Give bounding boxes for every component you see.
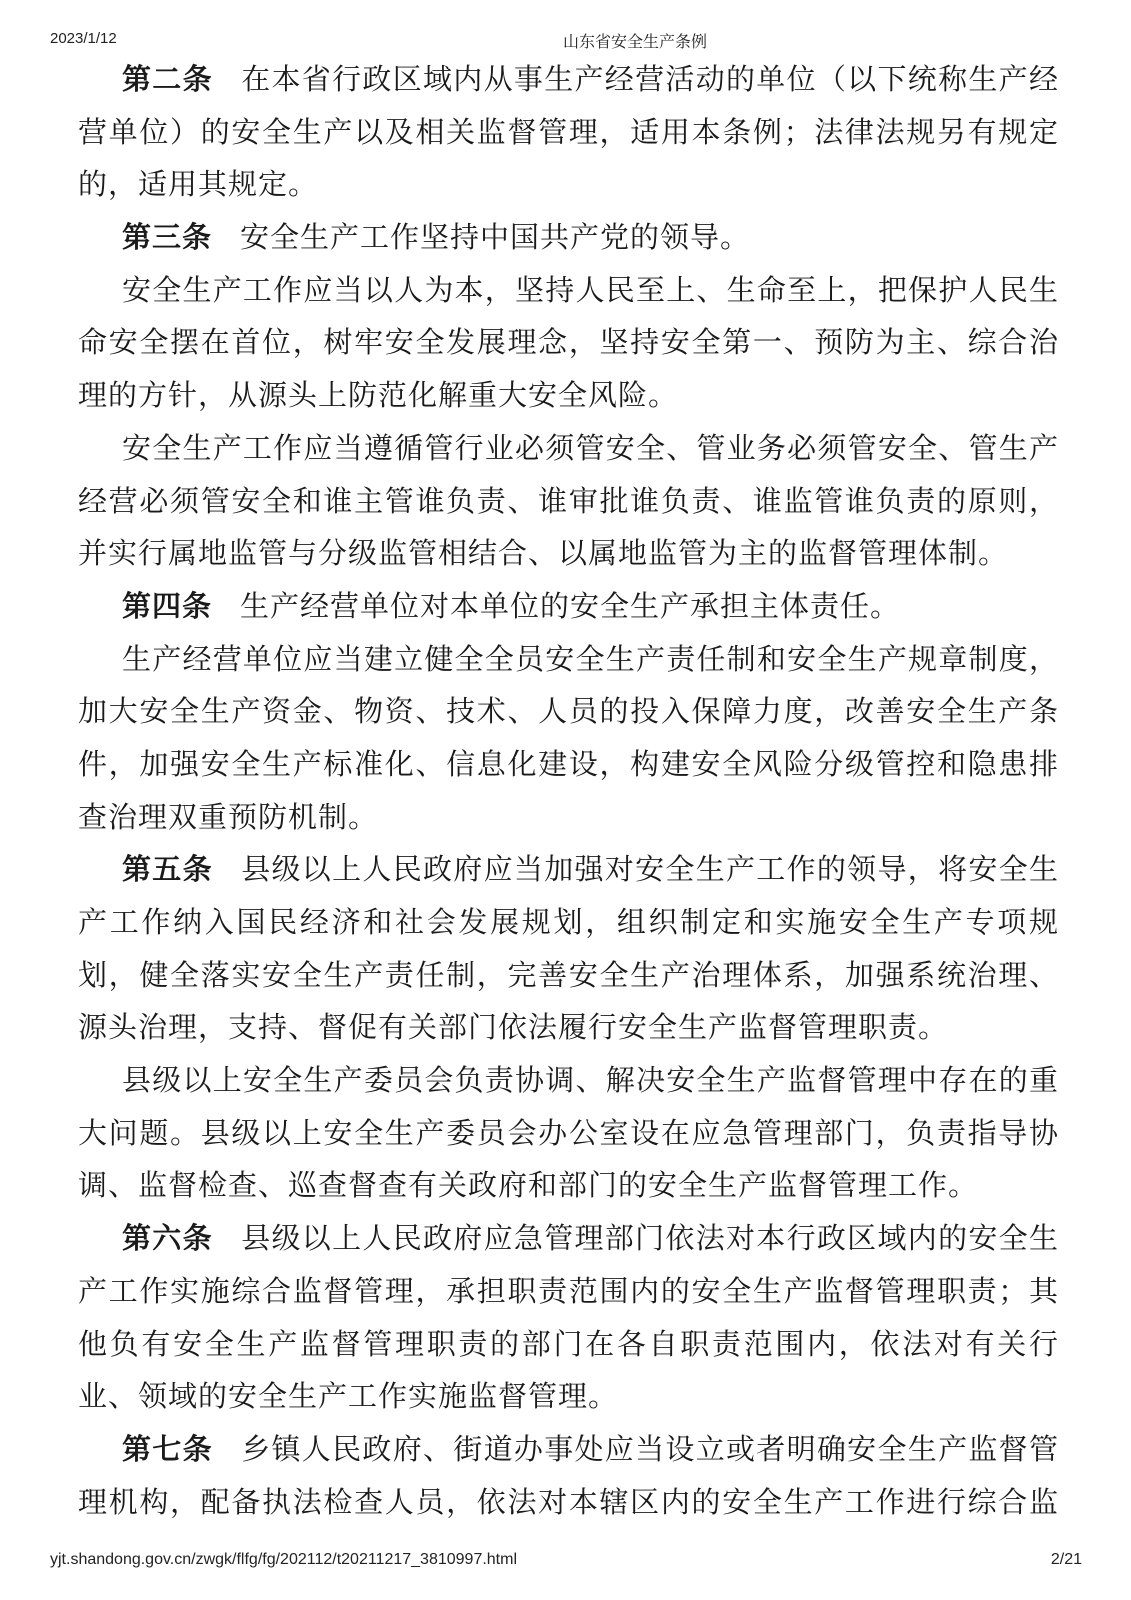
- paragraph-line: 第五条县级以上人民政府应当加强对安全生产工作的领导，将安全生: [78, 844, 1059, 897]
- paragraph-line: 产工作纳入国民经济和社会发展规划，组织制定和实施安全生产专项规: [78, 897, 1059, 950]
- paragraph-line: 查治理双重预防机制。: [78, 792, 1059, 845]
- line-text: 大问题。县级以上安全生产委员会办公室设在应急管理部门，负责指导协: [78, 1118, 1059, 1150]
- paragraph-line: 加大安全生产资金、物资、技术、人员的投入保障力度，改善安全生产条: [78, 686, 1059, 739]
- line-text: 查治理双重预防机制。: [78, 802, 378, 834]
- paragraph: 县级以上安全生产委员会负责协调、解决安全生产监督管理中存在的重大问题。县级以上安…: [78, 1055, 1059, 1213]
- line-text: 并实行属地监管与分级监管相结合、以属地监管为主的监督管理体制。: [78, 538, 1008, 570]
- paragraph-line: 第七条乡镇人民政府、街道办事处应当设立或者明确安全生产监督管: [78, 1424, 1059, 1477]
- paragraph-line: 安全生产工作应当遵循管行业必须管安全、管业务必须管安全、管生产: [78, 423, 1059, 476]
- paragraph-line: 划，健全落实安全生产责任制，完善安全生产治理体系，加强系统治理、: [78, 950, 1059, 1003]
- line-text: 在本省行政区域内从事生产经营活动的单位（以下统称生产经: [241, 64, 1059, 96]
- line-text: 县级以上人民政府应当加强对安全生产工作的领导，将安全生: [241, 854, 1059, 886]
- paragraph: 第六条县级以上人民政府应急管理部门依法对本行政区域内的安全生产工作实施综合监督管…: [78, 1213, 1059, 1424]
- line-text: 县级以上安全生产委员会负责协调、解决安全生产监督管理中存在的重: [122, 1065, 1059, 1097]
- paragraph-line: 理机构，配备执法检查人员，依法对本辖区内的安全生产工作进行综合监: [78, 1477, 1059, 1530]
- paragraph-line: 件，加强安全生产标准化、信息化建设，构建安全风险分级管控和隐患排: [78, 739, 1059, 792]
- paragraph-line: 产工作实施综合监督管理，承担职责范围内的安全生产监督管理职责；其: [78, 1266, 1059, 1319]
- line-text: 安全生产工作应当遵循管行业必须管安全、管业务必须管安全、管生产: [122, 433, 1059, 465]
- document-body: 第二条在本省行政区域内从事生产经营活动的单位（以下统称生产经营单位）的安全生产以…: [78, 54, 1059, 1529]
- paragraph-line: 理的方针，从源头上防范化解重大安全风险。: [78, 370, 1059, 423]
- paragraph: 第三条安全生产工作坚持中国共产党的领导。: [78, 212, 1059, 265]
- footer-page-number: 2/21: [1051, 1551, 1082, 1569]
- line-text: 县级以上人民政府应急管理部门依法对本行政区域内的安全生: [241, 1223, 1059, 1255]
- paragraph-line: 并实行属地监管与分级监管相结合、以属地监管为主的监督管理体制。: [78, 528, 1059, 581]
- paragraph: 安全生产工作应当以人为本，坚持人民至上、生命至上，把保护人民生命安全摆在首位，树…: [78, 265, 1059, 423]
- paragraph: 生产经营单位应当建立健全全员安全生产责任制和安全生产规章制度，加大安全生产资金、…: [78, 634, 1059, 845]
- line-text: 调、监督检查、巡查督查有关政府和部门的安全生产监督管理工作。: [78, 1170, 978, 1202]
- line-text: 产工作纳入国民经济和社会发展规划，组织制定和实施安全生产专项规: [78, 907, 1059, 939]
- paragraph-line: 命安全摆在首位，树牢安全发展理念，坚持安全第一、预防为主、综合治: [78, 317, 1059, 370]
- paragraph-line: 第六条县级以上人民政府应急管理部门依法对本行政区域内的安全生: [78, 1213, 1059, 1266]
- paragraph-line: 营单位）的安全生产以及相关监督管理，适用本条例；法律法规另有规定: [78, 107, 1059, 160]
- paragraph-line: 他负有安全生产监督管理职责的部门在各自职责范围内，依法对有关行: [78, 1319, 1059, 1372]
- line-text: 产工作实施综合监督管理，承担职责范围内的安全生产监督管理职责；其: [78, 1276, 1059, 1308]
- paragraph: 第四条生产经营单位对本单位的安全生产承担主体责任。: [78, 581, 1059, 634]
- paragraph-line: 第四条生产经营单位对本单位的安全生产承担主体责任。: [78, 581, 1059, 634]
- line-text: 经营必须管安全和谁主管谁负责、谁审批谁负责、谁监管谁负责的原则，: [78, 486, 1059, 518]
- line-text: 加大安全生产资金、物资、技术、人员的投入保障力度，改善安全生产条: [78, 696, 1059, 728]
- article-number: 第三条: [122, 222, 212, 254]
- line-text: 划，健全落实安全生产责任制，完善安全生产治理体系，加强系统治理、: [78, 960, 1059, 992]
- line-text: 安全生产工作坚持中国共产党的领导。: [240, 222, 750, 254]
- line-text: 命安全摆在首位，树牢安全发展理念，坚持安全第一、预防为主、综合治: [78, 327, 1059, 359]
- paragraph: 第七条乡镇人民政府、街道办事处应当设立或者明确安全生产监督管理机构，配备执法检查…: [78, 1424, 1059, 1529]
- paragraph-line: 大问题。县级以上安全生产委员会办公室设在应急管理部门，负责指导协: [78, 1108, 1059, 1161]
- document-page: 2023/1/12 山东省安全生产条例 第二条在本省行政区域内从事生产经营活动的…: [0, 0, 1131, 1600]
- line-text: 理的方针，从源头上防范化解重大安全风险。: [78, 380, 678, 412]
- paragraph-line: 业、领域的安全生产工作实施监督管理。: [78, 1371, 1059, 1424]
- paragraph-line: 经营必须管安全和谁主管谁负责、谁审批谁负责、谁监管谁负责的原则，: [78, 476, 1059, 529]
- paragraph: 安全生产工作应当遵循管行业必须管安全、管业务必须管安全、管生产经营必须管安全和谁…: [78, 423, 1059, 581]
- paragraph-line: 安全生产工作应当以人为本，坚持人民至上、生命至上，把保护人民生: [78, 265, 1059, 318]
- paragraph: 第二条在本省行政区域内从事生产经营活动的单位（以下统称生产经营单位）的安全生产以…: [78, 54, 1059, 212]
- paragraph-line: 第三条安全生产工作坚持中国共产党的领导。: [78, 212, 1059, 265]
- header-title: 山东省安全生产条例: [563, 29, 707, 52]
- article-number: 第四条: [122, 591, 212, 623]
- article-number: 第七条: [122, 1434, 213, 1466]
- line-text: 业、领域的安全生产工作实施监督管理。: [78, 1381, 618, 1413]
- line-text: 安全生产工作应当以人为本，坚持人民至上、生命至上，把保护人民生: [122, 275, 1059, 307]
- header-date: 2023/1/12: [50, 30, 117, 47]
- line-text: 营单位）的安全生产以及相关监督管理，适用本条例；法律法规另有规定: [78, 117, 1059, 149]
- footer-url: yjt.shandong.gov.cn/zwgk/flfg/fg/202112/…: [50, 1551, 517, 1569]
- paragraph-line: 的，适用其规定。: [78, 159, 1059, 212]
- line-text: 生产经营单位应当建立健全全员安全生产责任制和安全生产规章制度，: [122, 644, 1059, 676]
- article-number: 第六条: [122, 1223, 213, 1255]
- paragraph-line: 源头治理，支持、督促有关部门依法履行安全生产监督管理职责。: [78, 1002, 1059, 1055]
- paragraph-line: 调、监督检查、巡查督查有关政府和部门的安全生产监督管理工作。: [78, 1160, 1059, 1213]
- paragraph: 第五条县级以上人民政府应当加强对安全生产工作的领导，将安全生产工作纳入国民经济和…: [78, 844, 1059, 1055]
- line-text: 理机构，配备执法检查人员，依法对本辖区内的安全生产工作进行综合监: [78, 1487, 1059, 1519]
- line-text: 乡镇人民政府、街道办事处应当设立或者明确安全生产监督管: [241, 1434, 1059, 1466]
- paragraph-line: 生产经营单位应当建立健全全员安全生产责任制和安全生产规章制度，: [78, 634, 1059, 687]
- line-text: 生产经营单位对本单位的安全生产承担主体责任。: [240, 591, 900, 623]
- paragraph-line: 第二条在本省行政区域内从事生产经营活动的单位（以下统称生产经: [78, 54, 1059, 107]
- article-number: 第二条: [122, 64, 213, 96]
- line-text: 源头治理，支持、督促有关部门依法履行安全生产监督管理职责。: [78, 1012, 948, 1044]
- line-text: 的，适用其规定。: [78, 169, 318, 201]
- paragraph-line: 县级以上安全生产委员会负责协调、解决安全生产监督管理中存在的重: [78, 1055, 1059, 1108]
- line-text: 件，加强安全生产标准化、信息化建设，构建安全风险分级管控和隐患排: [78, 749, 1059, 781]
- line-text: 他负有安全生产监督管理职责的部门在各自职责范围内，依法对有关行: [78, 1329, 1059, 1361]
- article-number: 第五条: [122, 854, 213, 886]
